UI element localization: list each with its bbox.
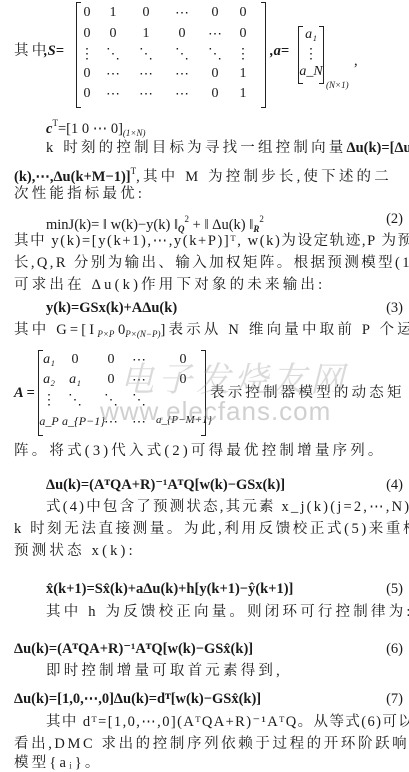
p2-line2: 长,Q,R 分别为输出、输入加权矩阵。根据预测模型(1),	[14, 254, 409, 272]
equation-4: Δu(k)=(AᵀQA+R)⁻¹AᵀQ[w(k)−GSx(k)] (4)	[46, 476, 409, 494]
matrix-a: a₁ 0 0 ⋯ 0 a₂ a₁ 0 ⋯ 0 ⋮ ⋱ ⋱ ⋱ a_P a_{P−…	[38, 350, 206, 436]
a-dim: (N×1)	[326, 76, 349, 94]
p7-line2: 看出,DMC 求出的控制序列依赖于过程的开环阶跃响应	[14, 735, 409, 753]
matrix-s: 0 1 0 ⋯ 0 0 0 0 1 0 ⋯ 0 ⋮ ⋱ ⋱ ⋱ ⋱ ⋮ 0 ⋯ …	[76, 2, 266, 110]
equation-number: (6)	[386, 640, 403, 658]
p1-line2: (k),⋯,Δu(k+M−1)]T,其中 M 为控制步长,使下述的二	[14, 162, 392, 186]
equation-number: (4)	[386, 476, 403, 494]
p5-line1: 其中 h 为反馈校正向量。则闭环可行控制律为:	[46, 603, 409, 621]
p3-line1: 其中 G=[IP×P 0P×(N−P)]表示从 N 维向量中取前 P 个运算,	[14, 321, 409, 343]
equation-number: (2)	[386, 210, 403, 228]
right-bracket	[261, 2, 266, 108]
p4-line3: 预测状态 x(k):	[14, 542, 136, 560]
A-label: A =	[14, 384, 35, 402]
p4-line1: 式(4)中包含了预测状态,其元素 x_j(k)(j=2,⋯,N)在	[46, 498, 409, 516]
p7-line3: 模型{aᵢ}。	[14, 754, 103, 772]
p1-line1: k 时刻的控制目标为寻找一组控制向量Δu(k)=[Δu	[46, 139, 409, 157]
s-label: ,S=	[44, 42, 64, 60]
p2-line3: 可求出在 Δu(k)作用下对象的未来输出:	[14, 276, 325, 294]
vector-a: a₁ ⋮ a_N	[298, 26, 324, 88]
equation-number: (5)	[386, 580, 403, 598]
p3-after-A: 表示控制器模型的动态矩	[210, 384, 405, 402]
equation-5: x̂(k+1)=Sx̂(k)+aΔu(k)+h[y(k+1)−ŷ(k+1)] (…	[46, 580, 409, 598]
equation-6: Δu(k)=(AᵀQA+R)⁻¹AᵀQ[w(k)−GSx̂(k)] (6)	[14, 640, 409, 658]
c-vector-line: cT=[1 0 ⋯ 0](1×N)	[46, 114, 145, 142]
p1-line3: 次性能指标最优:	[14, 185, 145, 203]
equation-number: (3)	[386, 299, 403, 317]
a-trail: ,	[354, 52, 358, 70]
p6-line1: 即时控制增量可取首元素得到,	[46, 662, 283, 680]
p7-line1: 其中 dᵀ=[1,0,⋯,0](AᵀQA+R)⁻¹AᵀQ。从等式(6)可以	[46, 713, 409, 731]
p3-line-end: 阵。将式(3)代入式(2)可得最优控制增量序列。	[14, 442, 386, 460]
equation-3: y(k)=GSx(k)+AΔu(k) (3)	[46, 299, 409, 317]
a-label: ,a=	[270, 42, 289, 60]
p4-line2: k 时刻无法直接测量。为此,利用反馈校正式(5)来重构	[14, 520, 409, 538]
equation-number: (7)	[386, 690, 403, 708]
p2-line1: 其中 y(k)=[y(k+1),⋯,y(k+P)]ᵀ, w(k)为设定轨迹,P …	[14, 232, 409, 250]
equation-7: Δu(k)=[1,0,⋯,0]Δu(k)=dᵀ[w(k)−GSx̂(k)] (7…	[14, 690, 409, 708]
